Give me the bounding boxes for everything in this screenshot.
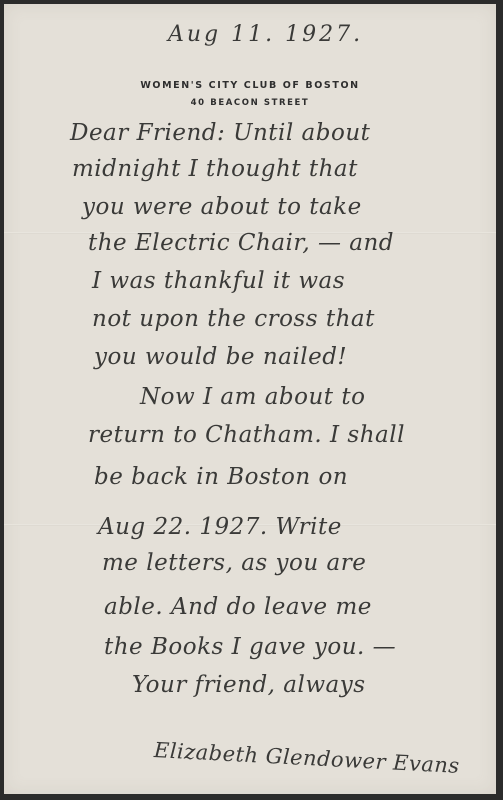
body-line: not upon the cross that (92, 306, 375, 332)
body-line: Dear Friend: Until about (70, 120, 370, 146)
letter-paper: Aug 11. 1927. WOMEN'S CITY CLUB OF BOSTO… (4, 4, 496, 794)
closing-line: Your friend, always (132, 672, 366, 698)
body-line: you were about to take (82, 194, 362, 220)
letterhead-address: 40 BEACON STREET (4, 98, 496, 108)
body-line: midnight I thought that (72, 156, 358, 182)
body-line: be back in Boston on (94, 464, 348, 490)
body-line: able. And do leave me (104, 594, 372, 620)
letterhead-name: WOMEN'S CITY CLUB OF BOSTON (4, 80, 496, 91)
body-line: the Electric Chair, — and (88, 230, 394, 256)
body-line: you would be nailed! (94, 344, 347, 370)
letter-date: Aug 11. 1927. (168, 22, 363, 47)
body-line: me letters, as you are (102, 550, 366, 576)
body-line: I was thankful it was (92, 268, 345, 294)
body-line: the Books I gave you. — (104, 634, 396, 660)
body-line: Now I am about to (140, 384, 365, 410)
signature: Elizabeth Glendower Evans (153, 738, 460, 778)
body-line: return to Chatham. I shall (88, 422, 405, 448)
body-line: Aug 22. 1927. Write (98, 514, 342, 540)
